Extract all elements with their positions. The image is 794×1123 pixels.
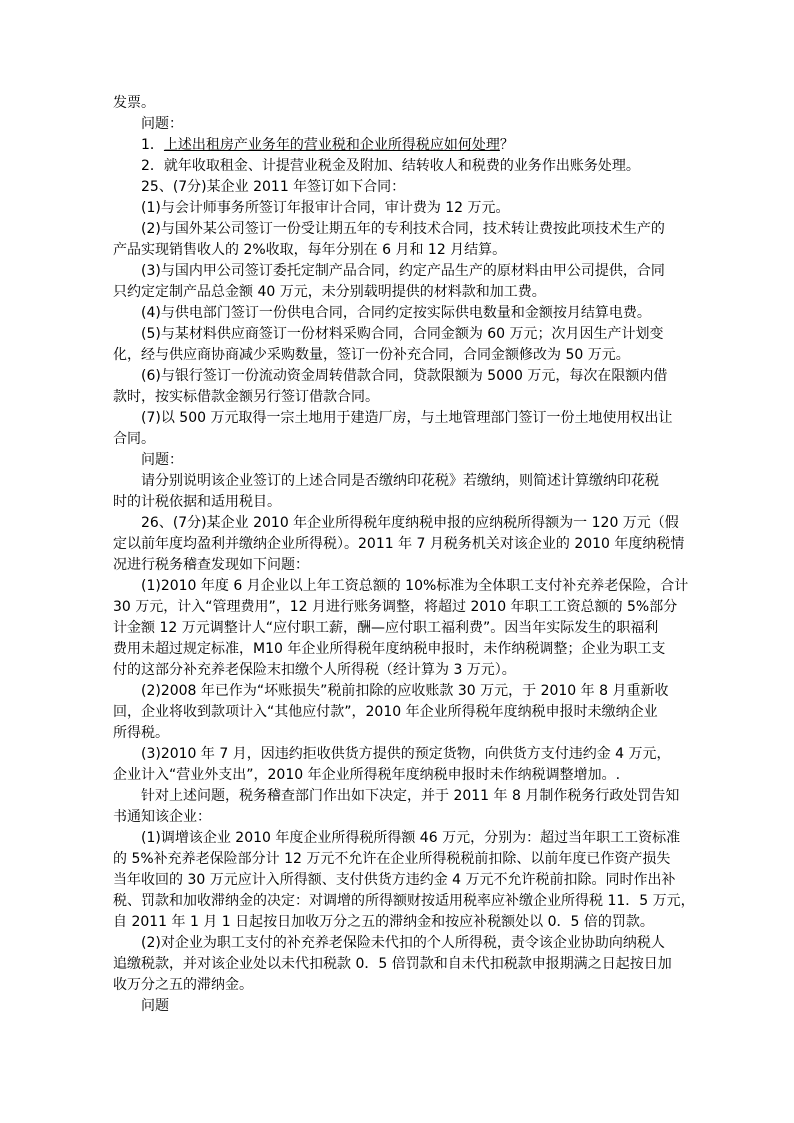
text-line: 发票。 [113,93,685,114]
text-line: 只约定定制产品总金额 40 万元，未分别载明提供的材料款和加工费。 [113,282,685,303]
text-line: 回，企业将收到款项计入“其他应付款”，2010 年企业所得税年度纳税申报时未缴纳… [113,702,685,723]
text-line: 产品实现销售收人的 2%收取，每年分别在 6 月和 12 月结算。 [113,240,685,261]
text-line: 费用未超过规定标准，M10 年企业所得税年度纳税申报时，未作纳税调整；企业为职工… [113,639,685,660]
text-line: 问题： [113,114,685,135]
text-line: (2)与国外某公司签订一份受让期五年的专利技术合同，技术转让费按此项技术生产的 [113,219,685,240]
text-line: 追缴税款，并对该企业处以未代扣税款 0．5 倍罚款和自未代扣税款申报期满之日起按… [113,954,685,975]
text-line: 时的计税依据和适用税目。 [113,492,685,513]
text-line: 书通知该企业： [113,807,685,828]
text-line: (3)2010 年 7 月，因违约拒收供货方提供的预定货物，向供货方支付违约金 … [113,744,685,765]
text-line: 所得税。 [113,723,685,744]
text-segment: ？ [500,137,514,153]
document-page: 发票。问题：1．上述出租房产业务年的营业税和企业所得税应如何处理？2．就年收取租… [0,0,794,1123]
text-line: 税、罚款和加收滞纳金的决定：对调增的所得额财按适用税率应补缴企业所得税 11．5… [113,891,685,912]
text-line: 况进行税务稽查发现如下问题： [113,555,685,576]
text-line: 款时，按实标借款金额另行签订借款合同。 [113,387,685,408]
text-line: 合同。 [113,429,685,450]
text-line: (2)对企业为职工支付的补充养老保险未代扣的个人所得税，责令该企业协助向纳税人 [113,933,685,954]
text-line: (1)2010 年度 6 月企业以上年工资总额的 10%标准为全体职工支付补充养… [113,576,685,597]
text-line: (3)与国内甲公司签订委托定制产品合同，约定产品生产的原材料由甲公司提供，合同 [113,261,685,282]
text-line: (1)与会计师事务所签订年报审计合同，审计费为 12 万元。 [113,198,685,219]
text-line: (5)与某材料供应商签订一份材料采购合同，合同金额为 60 万元；次月因生产计划… [113,324,685,345]
text-line: 1．上述出租房产业务年的营业税和企业所得税应如何处理？ [113,135,685,156]
underlined-text: 上述出租房产业务年的营业税和企业所得税应如何处理 [164,137,500,153]
text-line: 收万分之五的滞纳金。 [113,975,685,996]
text-line: (1)调增该企业 2010 年度企业所得税所得额 46 万元，分别为：超过当年职… [113,828,685,849]
text-line: 自 2011 年 1 月 1 日起按日加收万分之五的滞纳金和按应补税额处以 0．… [113,912,685,933]
text-line: 定以前年度均盈利并缴纳企业所得税）。2011 年 7 月税务机关对该企业的 20… [113,534,685,555]
text-line: 化，经与供应商协商减少采购数量，签订一份补充合同，合同金额修改为 50 万元。 [113,345,685,366]
text-line: (7)以 500 万元取得一宗土地用于建造厂房，与土地管理部门签订一份土地使用权… [113,408,685,429]
text-line: 30 万元，计入“管理费用”，12 月进行账务调整，将超过 2010 年职工工资… [113,597,685,618]
text-line: 问题 [113,996,685,1017]
text-line: (4)与供电部门签订一份供电合同，合同约定按实际供电数量和金额按月结算电费。 [113,303,685,324]
text-line: (2)2008 年已作为“坏账损失”税前扣除的应收账款 30 万元，于 2010… [113,681,685,702]
text-segment: 1． [141,137,164,153]
text-line: 26、(7分)某企业 2010 年企业所得税年度纳税申报的应纳税所得额为一 12… [113,513,685,534]
text-line: 当年收回的 30 万元应计入所得额、支付供货方违约金 4 万元不允许税前扣除。同… [113,870,685,891]
text-line: 的 5%补充养老保险部分计 12 万元不允许在企业所得税税前扣除、以前年度已作资… [113,849,685,870]
text-line: 2．就年收取租金、计提营业税金及附加、结转收人和税费的业务作出账务处理。 [113,156,685,177]
text-line: (6)与银行签订一份流动资金周转借款合同，贷款限额为 5000 万元，每次在限额… [113,366,685,387]
text-line: 针对上述问题，税务稽查部门作出如下决定，并于 2011 年 8 月制作税务行政处… [113,786,685,807]
text-line: 请分别说明该企业签订的上述合同是否缴纳印花税》若缴纳，则简述计算缴纳印花税 [113,471,685,492]
text-line: 计金额 12 万元调整计人“应付职工薪，酬—应付职工福利费”。因当年实际发生的职… [113,618,685,639]
text-line: 问题： [113,450,685,471]
text-line: 企业计入“营业外支出”，2010 年企业所得税年度纳税申报时未作纳税调整增加。. [113,765,685,786]
text-line: 付的这部分补充养老保险末扣缴个人所得税（经计算为 3 万元）。 [113,660,685,681]
document-body: 发票。问题：1．上述出租房产业务年的营业税和企业所得税应如何处理？2．就年收取租… [113,93,685,1017]
text-line: 25、(7分)某企业 2011 年签订如下合同： [113,177,685,198]
